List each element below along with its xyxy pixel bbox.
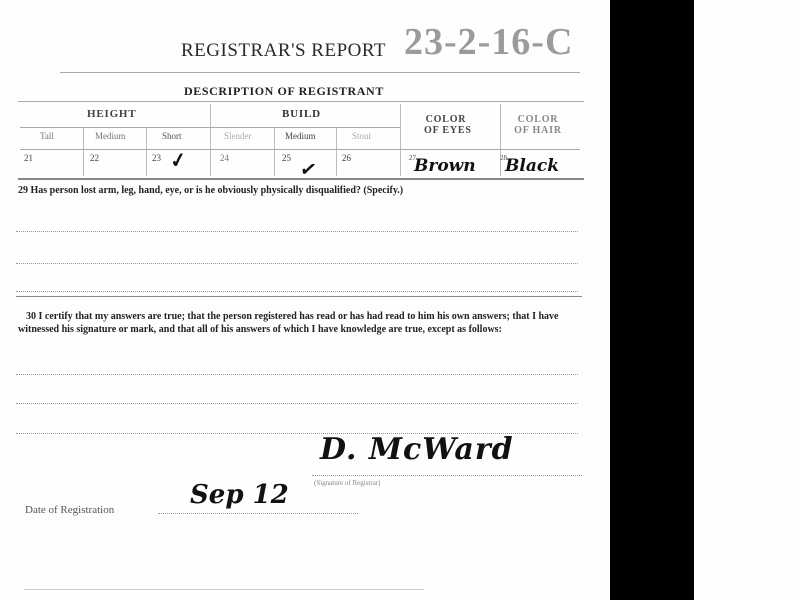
height-short-label: Short <box>162 131 182 141</box>
document-title: REGISTRAR'S REPORT <box>181 40 386 62</box>
question-30-answer-line[interactable] <box>16 374 578 375</box>
color-of-eyes-line1: COLOR <box>424 114 468 125</box>
table-divider <box>500 104 501 176</box>
section-subtitle: DESCRIPTION OF REGISTRANT <box>184 84 384 99</box>
build-stout-label: Stout <box>352 131 371 141</box>
stamp-number: 23-2-16-C <box>404 20 573 64</box>
height-medium-label: Medium <box>95 131 126 141</box>
table-rule <box>20 149 580 150</box>
signature-line <box>312 475 582 476</box>
date-of-registration-value[interactable]: Sep 12 <box>190 480 289 510</box>
color-of-eyes-line2: OF EYES <box>424 125 468 136</box>
table-divider <box>336 127 337 176</box>
blank-margin <box>694 0 800 600</box>
table-rule <box>20 127 400 128</box>
height-tall-label: Tall <box>40 131 54 141</box>
field-number-21: 21 <box>24 153 33 163</box>
registrar-signature[interactable]: D. McWard <box>320 432 514 467</box>
draft-card-back: REGISTRAR'S REPORT 23-2-16-C DESCRIPTION… <box>0 0 612 600</box>
eye-color-value[interactable]: Brown <box>414 156 476 176</box>
table-divider <box>210 104 211 176</box>
title-rule <box>60 72 580 73</box>
signature-label: (Signature of Registrar) <box>314 479 380 487</box>
table-divider <box>274 127 275 176</box>
subtitle-rule <box>18 101 584 102</box>
field-number-26: 26 <box>342 153 351 163</box>
question-29-answer-line[interactable] <box>16 263 578 264</box>
question-29-text: 29 Has person lost arm, leg, hand, eye, … <box>18 184 584 197</box>
color-of-hair-header: COLOR OF HAIR <box>514 114 562 136</box>
question-29-answer-line[interactable] <box>16 291 578 292</box>
build-medium-label: Medium <box>285 131 316 141</box>
question-29-answer-line[interactable] <box>16 231 578 232</box>
section-divider <box>16 296 582 297</box>
date-of-registration-label: Date of Registration <box>25 504 114 516</box>
height-short-checkmark[interactable]: ✓ <box>168 147 189 175</box>
color-of-eyes-header: COLOR OF EYES <box>424 114 468 136</box>
field-number-22: 22 <box>90 153 99 163</box>
question-30-text: 30 I certify that my answers are true; t… <box>18 310 584 336</box>
color-of-hair-line1: COLOR <box>514 114 562 125</box>
color-of-hair-line2: OF HAIR <box>514 125 562 136</box>
height-header: HEIGHT <box>87 108 136 120</box>
hair-color-value[interactable]: Black <box>505 156 559 176</box>
question-30-answer-line[interactable] <box>16 403 578 404</box>
table-divider <box>400 104 401 176</box>
bottom-rule <box>24 589 424 590</box>
field-number-25: 25 <box>282 153 291 163</box>
table-divider <box>146 127 147 176</box>
build-slender-label: Slender <box>224 131 252 141</box>
scan-border <box>610 0 694 600</box>
date-line <box>158 513 358 514</box>
field-number-24: 24 <box>220 153 229 163</box>
table-divider <box>83 127 84 176</box>
build-header: BUILD <box>282 108 321 120</box>
field-number-23: 23 <box>152 153 161 163</box>
